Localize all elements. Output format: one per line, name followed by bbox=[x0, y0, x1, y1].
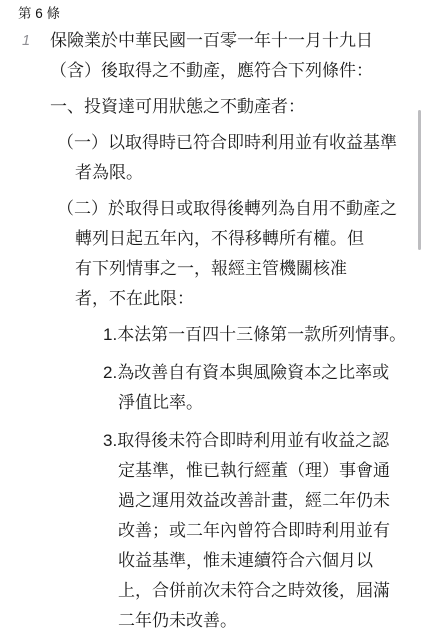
numbered-item-text: 為改善自有資本與風險資本之比率或 bbox=[117, 363, 389, 382]
list-item-line: 有下列情事之一，報經主管機關核准 bbox=[75, 254, 425, 284]
list-item-text: 以取得時已符合即時利用並有收益基準 bbox=[108, 133, 397, 152]
numbered-item-text: 取得後未符合即時利用並有收益之認 bbox=[117, 431, 389, 450]
numbered-item-text: 本法第一百四十三條第一款所列情事。 bbox=[117, 325, 406, 344]
document-page: 第 6 條 1 保險業於中華民國一百零一年十一月十九日 （含）後取得之不動產，應… bbox=[0, 0, 425, 640]
numbered-item-marker: 2. bbox=[103, 363, 117, 382]
numbered-item-3: 3.取得後未符合即時利用並有收益之認 定基準，惟已執行經董（理）事會通 過之運用… bbox=[0, 426, 425, 636]
list-item-text: 於取得日或取得後轉列為自用不動產之 bbox=[108, 199, 397, 218]
numbered-item-line: 定基準，惟已執行經董（理）事會通 bbox=[118, 456, 425, 486]
numbered-item-1: 1.本法第一百四十三條第一款所列情事。 bbox=[0, 320, 425, 350]
numbered-item-line: 收益基準，惟未連續符合六個月以 bbox=[118, 546, 425, 576]
numbered-item-line: 二年仍未改善。 bbox=[118, 606, 425, 636]
numbered-item-2: 2.為改善自有資本與風險資本之比率或 淨值比率。 bbox=[0, 358, 425, 418]
list-item-marker: （一） bbox=[57, 133, 108, 152]
paragraph-1: 1 保險業於中華民國一百零一年十一月十九日 （含）後取得之不動產，應符合下列條件… bbox=[0, 26, 425, 86]
article-heading: 第 6 條 bbox=[18, 4, 425, 24]
list-item-level1: 一、投資達可用狀態之不動產者： bbox=[0, 92, 425, 122]
scrollbar-thumb[interactable] bbox=[418, 110, 421, 250]
list-item-marker: （二） bbox=[57, 199, 108, 218]
numbered-item-marker: 3. bbox=[103, 431, 117, 450]
list-item-sub-2: （二）於取得日或取得後轉列為自用不動產之 轉列日起五年內，不得移轉所有權。但 有… bbox=[0, 194, 425, 314]
paragraph-number: 1 bbox=[22, 31, 30, 51]
list-item-sub-1: （一）以取得時已符合即時利用並有收益基準 者為限。 bbox=[0, 128, 425, 188]
list-item-line: 一、投資達可用狀態之不動產者： bbox=[50, 92, 425, 122]
numbered-item-line: 改善；或二年內曾符合即時利用並有 bbox=[118, 516, 425, 546]
list-item-line: （二）於取得日或取得後轉列為自用不動產之 bbox=[75, 194, 425, 224]
numbered-item-line: 1.本法第一百四十三條第一款所列情事。 bbox=[118, 320, 425, 350]
numbered-item-line: 上，合併前次未符合之時效後，屆滿 bbox=[118, 576, 425, 606]
paragraph-line: 保險業於中華民國一百零一年十一月十九日 bbox=[50, 26, 425, 56]
numbered-item-line: 過之運用效益改善計畫，經二年仍未 bbox=[118, 486, 425, 516]
list-item-line: 轉列日起五年內，不得移轉所有權。但 bbox=[75, 224, 425, 254]
numbered-item-line: 3.取得後未符合即時利用並有收益之認 bbox=[118, 426, 425, 456]
list-item-line: 者為限。 bbox=[75, 158, 425, 188]
list-item-line: （一）以取得時已符合即時利用並有收益基準 bbox=[75, 128, 425, 158]
numbered-item-line: 淨值比率。 bbox=[118, 388, 425, 418]
paragraph-line: （含）後取得之不動產，應符合下列條件： bbox=[50, 56, 425, 86]
list-item-line: 者，不在此限： bbox=[75, 284, 425, 314]
numbered-item-line: 2.為改善自有資本與風險資本之比率或 bbox=[118, 358, 425, 388]
numbered-item-marker: 1. bbox=[103, 325, 117, 344]
